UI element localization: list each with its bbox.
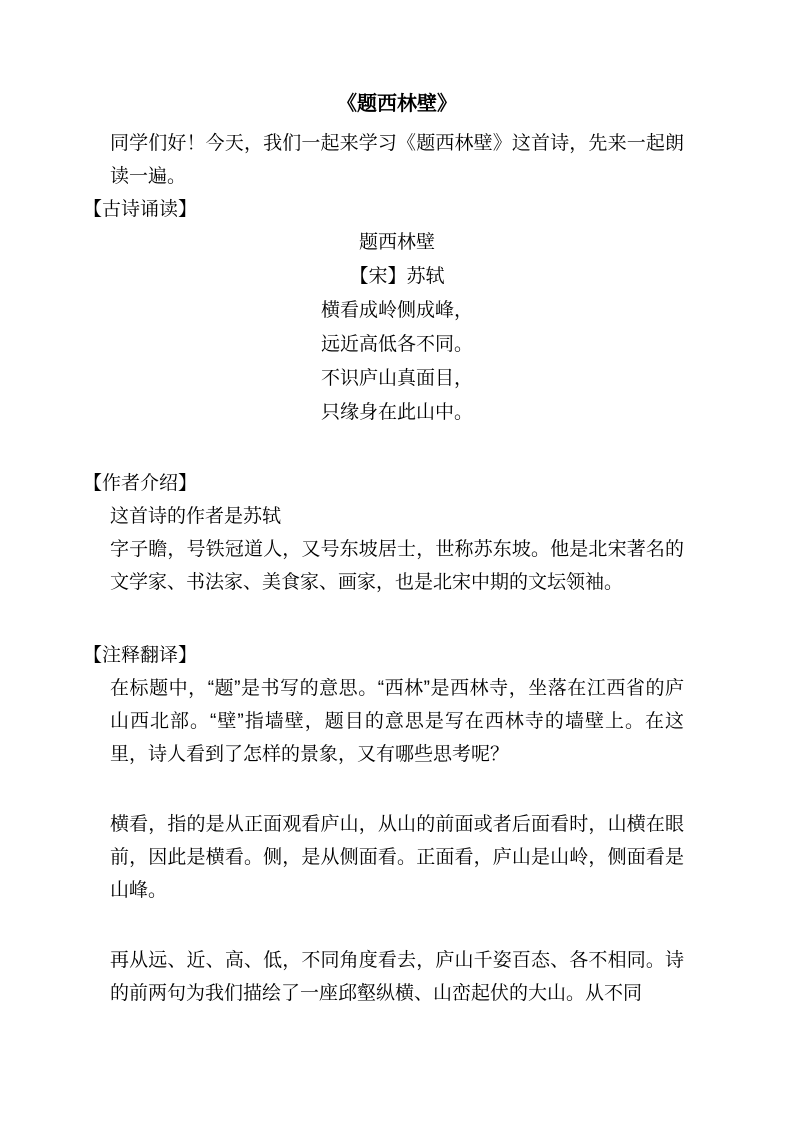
poem-block: 题西林壁 【宋】苏轼 横看成岭侧成峰， 远近高低各不同。 不识庐山真面目， 只缘… <box>110 226 684 430</box>
author-section: 【作者介绍】 这首诗的作者是苏轼 字子瞻，号铁冠道人，又号东坡居士，世称苏东坡。… <box>110 467 684 599</box>
annotation-paragraph-3: 再从远、近、高、低，不同角度看去，庐山千姿百态、各不相同。诗的前两句为我们描绘了… <box>110 944 684 1010</box>
author-paragraph-1: 这首诗的作者是苏轼 <box>110 500 684 533</box>
doc-title: 《题西林壁》 <box>110 88 684 121</box>
poem-line: 不识庐山真面目， <box>110 362 684 396</box>
section-header-recite: 【古诗诵读】 <box>83 193 684 226</box>
document-page: 《题西林壁》 同学们好！今天，我们一起来学习《题西林壁》这首诗，先来一起朗读一遍… <box>0 0 794 1123</box>
annotation-paragraph-2: 横看，指的是从正面观看庐山，从山的前面或者后面看时，山横在眼前，因此是横看。侧，… <box>110 808 684 907</box>
author-paragraph-2: 字子瞻，号铁冠道人，又号东坡居士，世称苏东坡。他是北宋著名的文学家、书法家、美食… <box>110 533 684 599</box>
section-header-author: 【作者介绍】 <box>83 467 684 500</box>
poem-line: 只缘身在此山中。 <box>110 396 684 430</box>
annotation-section: 【注释翻译】 在标题中，“题”是书写的意思。“西林”是西林寺，坐落在江西省的庐山… <box>110 639 684 1010</box>
poem-title: 题西林壁 <box>110 226 684 260</box>
section-header-annotation: 【注释翻译】 <box>83 639 684 672</box>
poem-line: 远近高低各不同。 <box>110 328 684 362</box>
annotation-paragraph-1: 在标题中，“题”是书写的意思。“西林”是西林寺，坐落在江西省的庐山西北部。“壁”… <box>110 672 684 771</box>
poem-line: 横看成岭侧成峰， <box>110 294 684 328</box>
intro-paragraph: 同学们好！今天，我们一起来学习《题西林壁》这首诗，先来一起朗读一遍。 <box>110 127 684 193</box>
poem-author: 【宋】苏轼 <box>110 260 684 294</box>
